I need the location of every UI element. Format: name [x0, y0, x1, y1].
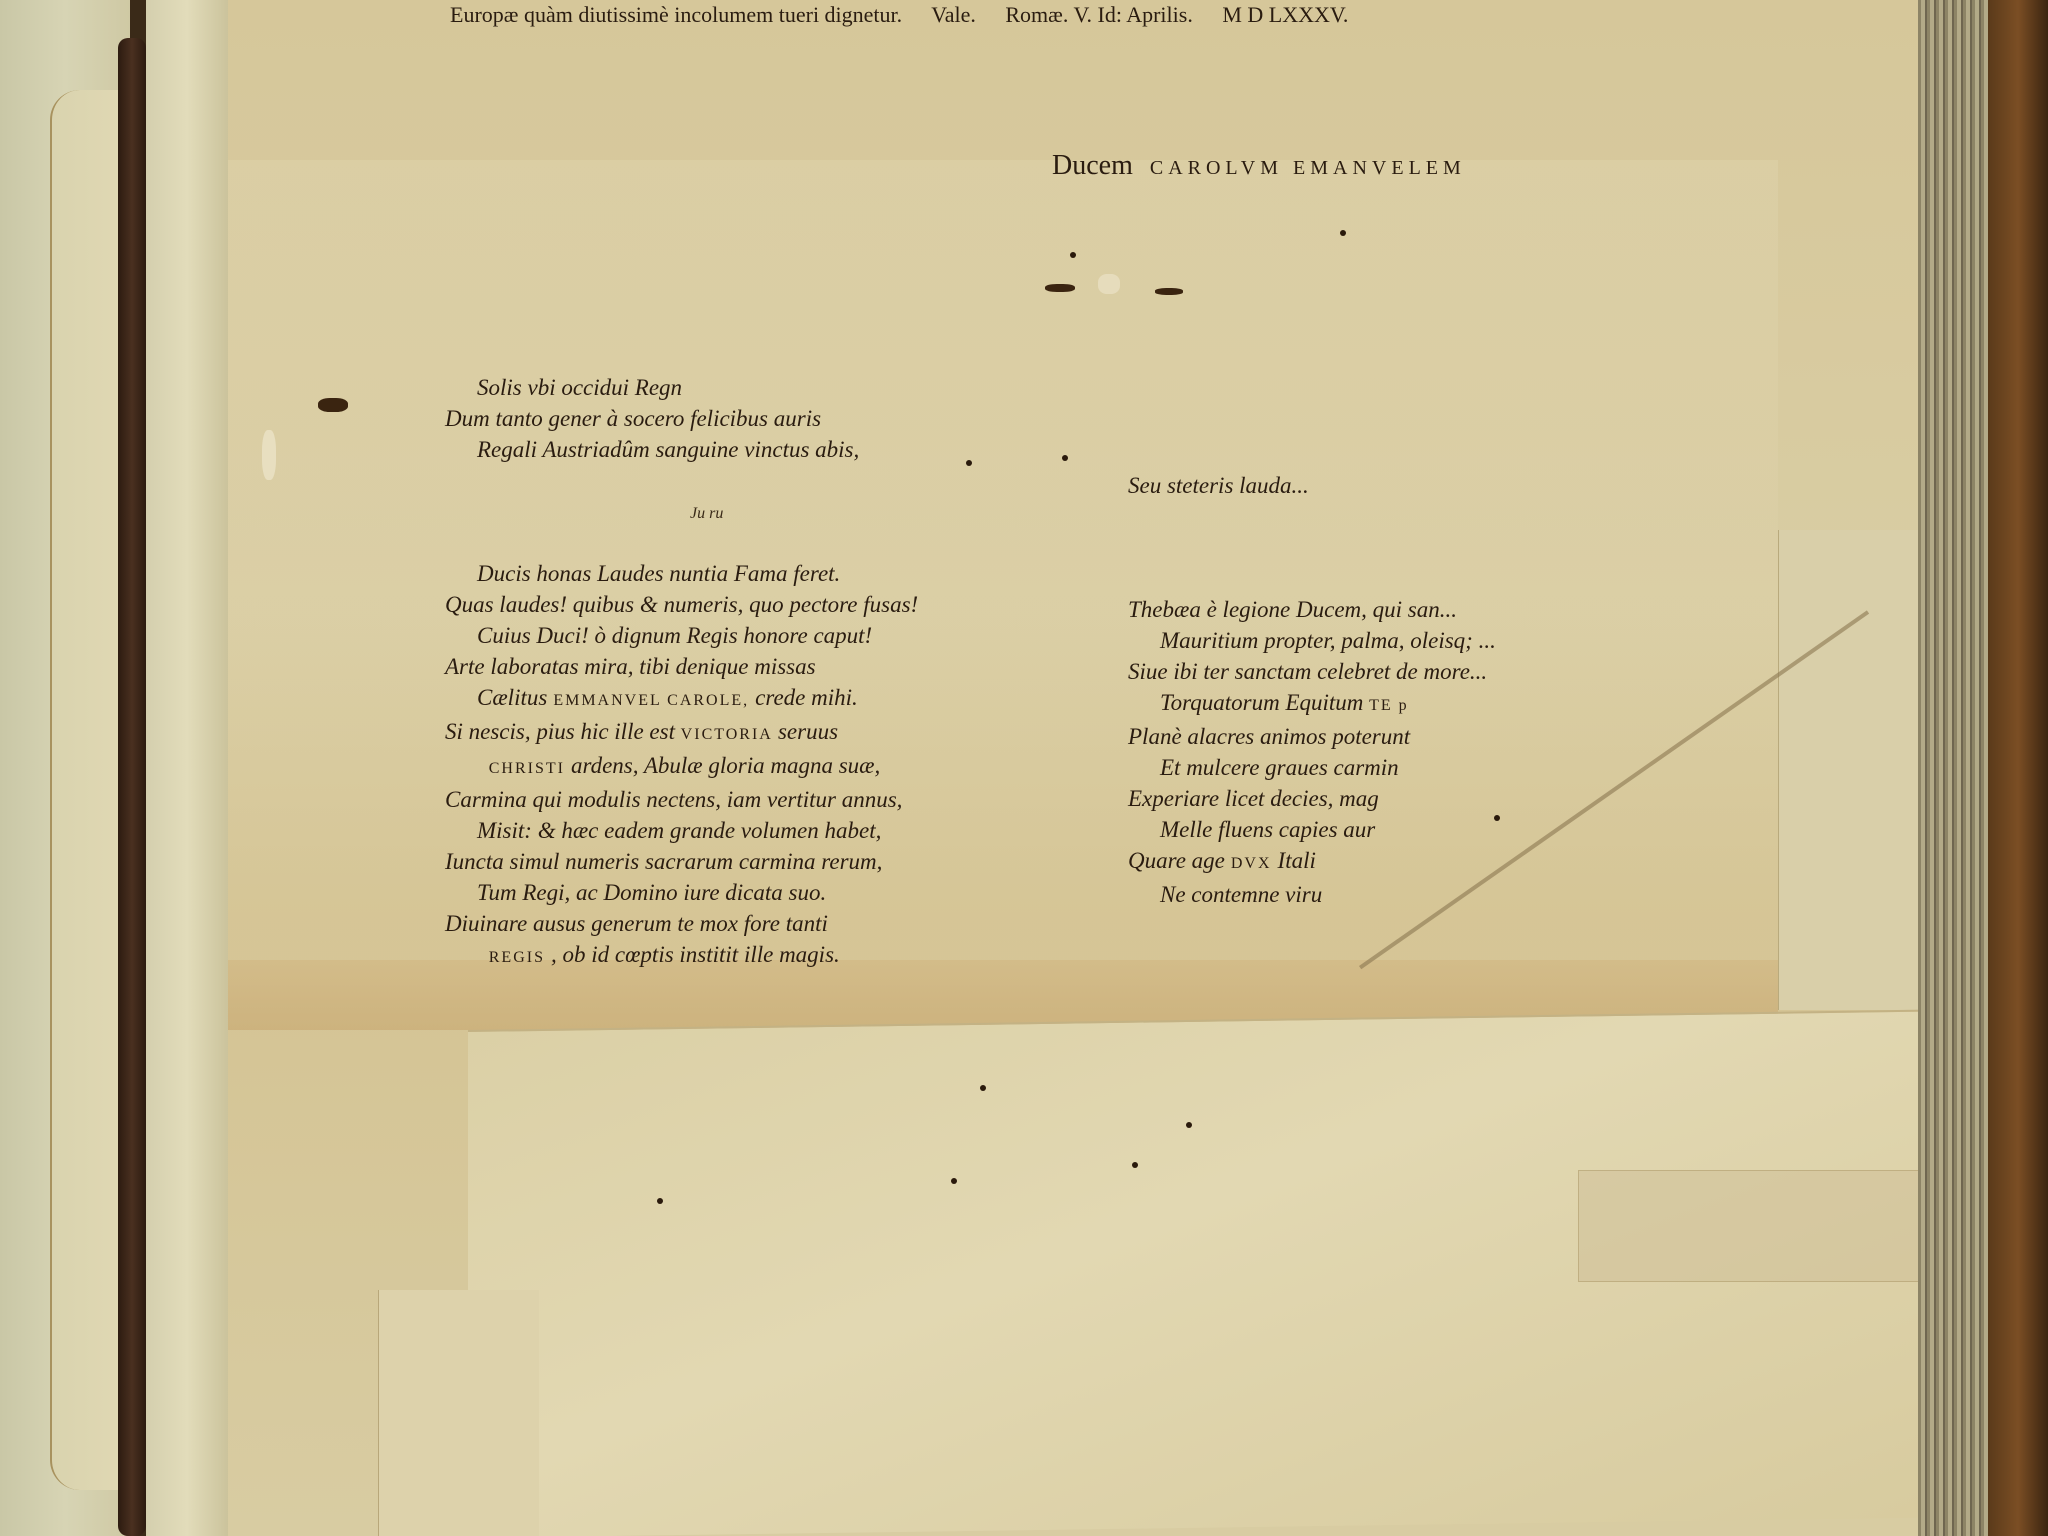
poem-line: Quas laudes! quibus & numeris, quo pecto…: [445, 589, 918, 620]
poem-line-text: Siue ibi ter sanctam celebret de more...: [1128, 659, 1487, 684]
ink-speck: [1494, 815, 1500, 821]
ink-speck: [657, 1198, 663, 1204]
poem-line: [1128, 532, 1496, 563]
poem-right-column: Seu steteris lauda... Thebæa è legione D…: [1128, 470, 1496, 910]
poem-line: Regali Austriadûm sanguine vinctus abis,: [445, 434, 918, 465]
poem-line-smallcaps: REGIS: [483, 949, 551, 966]
poem-line-text: Diuinare ausus generum te mox fore tanti: [445, 911, 828, 936]
poem-line-text: Experiare licet decies, mag: [1128, 786, 1379, 811]
poem-line-text: Torquatorum Equitum: [1160, 690, 1363, 715]
year: M D LXXXV.: [1222, 2, 1348, 27]
poem-line-text: Quas laudes! quibus & numeris, quo pecto…: [445, 592, 918, 617]
ink-speck: [951, 1178, 957, 1184]
poem-line-text: [445, 530, 451, 555]
poem-line: Thebæa è legione Ducem, qui san...: [1128, 594, 1496, 625]
poem-line-smallcaps: VICTORIA: [675, 726, 778, 743]
paper-loss: [262, 430, 276, 480]
poem-line: REGIS , ob id cœptis institit ille magis…: [445, 939, 918, 973]
poem-line: Torquatorum Equitum TE p: [1128, 687, 1496, 721]
poem-line: Tum Regi, ac Domino iure dicata suo.: [445, 877, 918, 908]
poem-line-text: [445, 499, 451, 524]
poem-left-column: Solis vbi occidui RegnDum tanto gener à …: [445, 372, 918, 973]
poem-line-tail: seruus: [778, 719, 838, 744]
poem-line-text: Ne contemne viru: [1160, 882, 1322, 907]
ink-speck: [980, 1085, 986, 1091]
poem-line: Cælitus EMMANVEL CAROLE, crede mihi.: [445, 682, 918, 716]
dateline: Romæ. V. Id: Aprilis.: [1005, 2, 1192, 27]
ink-speck: [1186, 1122, 1192, 1128]
ink-speck: [1070, 252, 1076, 258]
poem-line: Melle fluens capies aur: [1128, 814, 1496, 845]
dedication-name: CAROLVM EMANVELEM: [1150, 157, 1466, 179]
poem-line: [1128, 563, 1496, 594]
poem-line-text: [1128, 504, 1134, 529]
ink-speck: [1340, 230, 1346, 236]
poem-line-smallcaps: TE p: [1363, 697, 1408, 714]
poem-line-text: Planè alacres animos poterunt: [1128, 724, 1410, 749]
poem-line-text: Iuncta simul numeris sacrarum carmina re…: [445, 849, 882, 874]
valediction: Vale.: [931, 2, 976, 27]
poem-line: [1128, 501, 1496, 532]
poem-line-text: Dum tanto gener à socero felicibus auris: [445, 406, 821, 431]
poem-line: Quare age DVX Itali: [1128, 845, 1496, 879]
poem-line-tail: ardens, Abulæ gloria magna suæ,: [571, 753, 880, 778]
poem-line: Misit: & hæc eadem grande volumen habet,: [445, 815, 918, 846]
poem-line-text: Ducis honas Laudes nuntia Fama feret.: [477, 561, 840, 586]
restoration-patch-right: [1778, 530, 1919, 1010]
poem-line-text: [1128, 566, 1134, 591]
wormhole: [1155, 288, 1183, 295]
poem-line-smallcaps: CHRISTI: [483, 760, 571, 777]
poem-line-text: Et mulcere graues carmin: [1160, 755, 1399, 780]
poem-line: Arte laboratas mira, tibi denique missas: [445, 651, 918, 682]
poem-line-tail: , ob id cœptis institit ille magis.: [551, 942, 840, 967]
poem-line: [445, 465, 918, 496]
restoration-patch-bottom-left: [378, 1290, 539, 1536]
wormhole: [318, 398, 348, 412]
dedication-heading: Ducem CAROLVM EMANVELEM: [1052, 150, 1466, 182]
ink-speck: [1062, 455, 1068, 461]
poem-line: CHRISTI ardens, Abulæ gloria magna suæ,: [445, 750, 918, 784]
poem-line-text: Cuius Duci! ò dignum Regis honore caput!: [477, 623, 872, 648]
poem-line: Ne contemne viru: [1128, 879, 1496, 910]
poem-line-text: Carmina qui modulis nectens, iam vertitu…: [445, 787, 902, 812]
poem-line-tail: Itali: [1278, 848, 1316, 873]
poem-line: Seu steteris lauda...: [1128, 470, 1496, 501]
photographed-book-spread: Europæ quàm diutissimè incolumem tueri d…: [0, 0, 2048, 1536]
poem-line: Solis vbi occidui Regn: [445, 372, 918, 403]
book-fore-edge: [1918, 0, 1988, 1536]
poem-line: Carmina qui modulis nectens, iam vertitu…: [445, 784, 918, 815]
poem-line-text: Tum Regi, ac Domino iure dicata suo.: [477, 880, 826, 905]
poem-line-smallcaps: EMMANVEL CAROLE,: [547, 692, 755, 709]
poem-line: [445, 496, 918, 527]
table-surface: [1988, 0, 2048, 1536]
dedication-word: Ducem: [1052, 150, 1133, 181]
left-flyleaf: [0, 0, 130, 1536]
poem-line-text: Quare age: [1128, 848, 1225, 873]
poem-line: Cuius Duci! ò dignum Regis honore caput!: [445, 620, 918, 651]
poem-line: Experiare licet decies, mag: [1128, 783, 1496, 814]
poem-line-text: [1128, 535, 1134, 560]
poem-line: Iuncta simul numeris sacrarum carmina re…: [445, 846, 918, 877]
poem-line-text: Arte laboratas mira, tibi denique missas: [445, 654, 816, 679]
poem-line: Diuinare ausus generum te mox fore tanti: [445, 908, 918, 939]
poem-line-text: Melle fluens capies aur: [1160, 817, 1375, 842]
restoration-patch-right-low: [1578, 1170, 1920, 1282]
poem-line-text: [445, 468, 451, 493]
poem-line-text: Regali Austriadûm sanguine vinctus abis,: [477, 437, 859, 462]
poem-line-text: Misit: & hæc eadem grande volumen habet,: [477, 818, 881, 843]
poem-line: Planè alacres animos poterunt: [1128, 721, 1496, 752]
gutter-margin: [146, 0, 230, 1536]
poem-line: [445, 527, 918, 558]
poem-line: Siue ibi ter sanctam celebret de more...: [1128, 656, 1496, 687]
poem-line: Si nescis, pius hic ille est VICTORIA se…: [445, 716, 918, 750]
poem-line: Ducis honas Laudes nuntia Fama feret.: [445, 558, 918, 589]
poem-line-smallcaps: DVX: [1225, 855, 1278, 872]
poem-line-text: Solis vbi occidui Regn: [477, 375, 682, 400]
poem-line: Et mulcere graues carmin: [1128, 752, 1496, 783]
poem-line: Mauritium propter, palma, oleisq; ...: [1128, 625, 1496, 656]
ink-speck: [966, 460, 972, 466]
header-line: Europæ quàm diutissimè incolumem tueri d…: [450, 2, 1372, 28]
binding-strip: [118, 38, 146, 1536]
wormhole: [1045, 284, 1075, 292]
poem-line-text: Si nescis, pius hic ille est: [445, 719, 675, 744]
poem-line-text: Mauritium propter, palma, oleisq; ...: [1160, 628, 1496, 653]
poem-line-tail: crede mihi.: [755, 685, 858, 710]
poem-line-text: Cælitus: [477, 685, 547, 710]
poem-line: Dum tanto gener à socero felicibus auris: [445, 403, 918, 434]
poem-line-text: Thebæa è legione Ducem, qui san...: [1128, 597, 1457, 622]
ink-speck: [1132, 1162, 1138, 1168]
paper-loss: [1098, 274, 1120, 294]
poem-line-text: Seu steteris lauda...: [1128, 473, 1309, 498]
torn-page-edge: [50, 90, 122, 1490]
header-text: Europæ quàm diutissimè incolumem tueri d…: [450, 2, 902, 27]
